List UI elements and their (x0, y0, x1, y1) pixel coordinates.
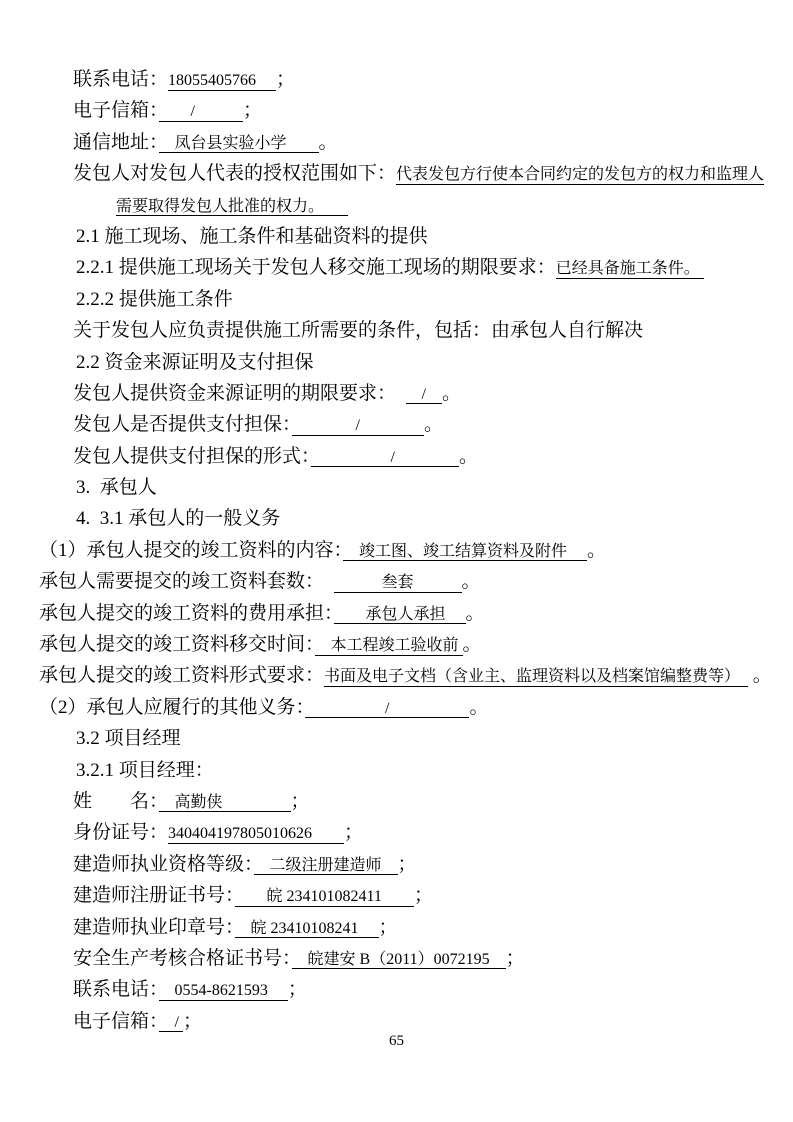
document-line: 发包人提供资金来源证明的期限要求： / 。 (73, 378, 763, 409)
document-line: 2.1 施工现场、施工条件和基础资料的提供 (76, 221, 763, 252)
text-segment: 承包人需要提交的竣工资料套数： (39, 571, 334, 592)
text-segment: 通信地址： (73, 132, 159, 153)
document-line: 联系电话： 0554-8621593 ； (73, 974, 763, 1005)
document-line: （2）承包人应履行的其他义务： / 。 (39, 692, 763, 723)
document-line: 承包人需要提交的竣工资料套数： 叁套 。 (39, 566, 763, 597)
document-line: 发包人对发包人代表的授权范围如下：代表发包方行使本合同约定的发包方的权力和监理人 (73, 158, 763, 189)
fill-in-value: / (292, 417, 424, 436)
document-line: 3. 承包人 (76, 472, 763, 503)
fill-in-value: / (406, 386, 442, 405)
text-segment: 4. 3.1 承包人的一般义务 (76, 508, 280, 529)
text-segment: ； (344, 822, 363, 843)
document-line: 电子信箱： / ； (73, 95, 763, 126)
fill-in-value: 皖 234101082411 (235, 888, 414, 907)
document-line: 发包人是否提供支付担保： / 。 (73, 409, 763, 440)
text-segment: 承包人提交的竣工资料形式要求： (39, 665, 324, 686)
fill-in-value: 0554-8621593 (159, 982, 288, 1001)
document-line: 发包人提供支付担保的形式： / 。 (73, 441, 763, 472)
text-segment: 建造师执业印章号： (73, 917, 235, 938)
text-segment: 电子信箱： (73, 100, 159, 121)
fill-in-value: 书面及电子文档（含业主、监理资料以及档案馆编整费等） (324, 668, 748, 687)
text-segment: 发包人提供支付担保的形式： (73, 446, 311, 467)
text-segment: 发包人对发包人代表的授权范围如下： (73, 163, 396, 184)
text-segment: 2.2.1 提供施工现场关于发包人移交施工现场的期限要求： (76, 257, 556, 278)
fill-in-value: 高勤侠 (159, 794, 291, 813)
text-segment: 安全生产考核合格证书号： (73, 948, 292, 969)
text-segment: ； (276, 69, 295, 90)
document-line: 2.2.2 提供施工条件 (76, 284, 763, 315)
text-segment: ； (506, 948, 525, 969)
fill-in-value: / (311, 449, 459, 468)
document-body: 联系电话：18055405766 ；电子信箱： / ；通信地址： 凤台县实验小学… (73, 64, 763, 1037)
text-segment: 承包人提交的竣工资料移交时间： (39, 634, 315, 655)
document-line: 建造师注册证书号： 皖 234101082411 ； (73, 880, 763, 911)
document-line: 3.2.1 项目经理： (76, 755, 763, 786)
text-segment: 发包人提供资金来源证明的期限要求： (73, 383, 406, 404)
fill-in-value: / (159, 1014, 183, 1033)
document-line: 通信地址： 凤台县实验小学 。 (73, 127, 763, 158)
text-segment: 建造师执业资格等级： (73, 854, 254, 875)
fill-in-value: 皖建安 B（2011）0072195 (292, 951, 506, 970)
document-line: 身份证号：340404197805010626 ； (73, 817, 763, 848)
fill-in-value: / (159, 103, 243, 122)
text-segment: 电子信箱： (73, 1011, 159, 1032)
text-segment: 。 (319, 132, 338, 153)
text-segment: 。 (462, 571, 481, 592)
text-segment: 。 (748, 665, 772, 686)
text-segment: 3.2 项目经理 (76, 728, 181, 749)
text-segment: ； (291, 791, 310, 812)
document-line: 建造师执业资格等级： 二级注册建造师 ； (73, 849, 763, 880)
text-segment: 发包人是否提供支付担保： (73, 414, 292, 435)
text-segment: ； (243, 100, 262, 121)
text-segment: ； (288, 979, 307, 1000)
text-segment: 3.2.1 项目经理： (76, 760, 214, 781)
text-segment: 姓 名： (73, 791, 159, 812)
text-segment: ； (414, 885, 433, 906)
text-segment: 。 (469, 697, 488, 718)
text-segment: 2.2.2 提供施工条件 (76, 289, 233, 310)
text-segment: 2.1 施工现场、施工条件和基础资料的提供 (76, 226, 428, 247)
fill-in-value: 皖 23410108241 (235, 920, 379, 939)
fill-in-value: / (305, 700, 469, 719)
text-segment: 身份证号： (73, 822, 168, 843)
text-segment: 。 (463, 634, 482, 655)
text-segment: 联系电话： (73, 979, 159, 1000)
text-segment: 3. 承包人 (76, 477, 157, 498)
document-page: 联系电话：18055405766 ；电子信箱： / ；通信地址： 凤台县实验小学… (0, 0, 793, 1122)
text-segment: 。 (424, 414, 443, 435)
fill-in-value: 本工程竣工验收前 (315, 637, 463, 656)
text-segment: 。 (442, 383, 461, 404)
page-number: 65 (0, 1031, 793, 1051)
fill-in-value: 二级注册建造师 (254, 857, 398, 876)
document-line: 2.2 资金来源证明及支付担保 (76, 347, 763, 378)
text-segment: ； (398, 854, 417, 875)
document-line: 安全生产考核合格证书号： 皖建安 B（2011）0072195 ； (73, 943, 763, 974)
document-line: 建造师执业印章号： 皖 23410108241 ； (73, 912, 763, 943)
document-line: 2.2.1 提供施工现场关于发包人移交施工现场的期限要求：已经具备施工条件。 (76, 252, 763, 283)
text-segment: 承包人提交的竣工资料的费用承担： (39, 603, 334, 624)
text-segment: 建造师注册证书号： (73, 885, 235, 906)
text-segment: 。 (587, 540, 606, 561)
text-segment: ； (183, 1011, 202, 1032)
document-line: 3.2 项目经理 (76, 723, 763, 754)
text-segment: 2.2 资金来源证明及支付担保 (76, 352, 314, 373)
fill-in-value: 已经具备施工条件。 (556, 260, 704, 279)
fill-in-value: 340404197805010626 (168, 825, 344, 844)
text-segment: 关于发包人应负责提供施工所需要的条件，包括：由承包人自行解决 (73, 320, 643, 341)
document-line: 关于发包人应负责提供施工所需要的条件，包括：由承包人自行解决 (73, 315, 763, 346)
document-line: 需要取得发包人批准的权力。 (116, 190, 763, 221)
text-segment: （2）承包人应履行的其他义务： (39, 697, 305, 718)
fill-in-value: 18055405766 (168, 72, 276, 91)
text-segment: 联系电话： (73, 69, 168, 90)
document-line: 姓 名： 高勤侠 ； (73, 786, 763, 817)
fill-in-value: 承包人承担 (334, 606, 466, 625)
text-segment: 。 (459, 446, 478, 467)
text-segment: （1）承包人提交的竣工资料的内容： (39, 540, 343, 561)
document-line: 承包人提交的竣工资料的费用承担： 承包人承担 。 (39, 598, 763, 629)
document-line: 承包人提交的竣工资料移交时间： 本工程竣工验收前 。 (39, 629, 763, 660)
document-line: 4. 3.1 承包人的一般义务 (76, 503, 763, 534)
text-segment: ； (379, 917, 398, 938)
fill-in-value: 叁套 (334, 574, 462, 593)
text-segment: 。 (466, 603, 485, 624)
document-line: （1）承包人提交的竣工资料的内容： 竣工图、竣工结算资料及附件 。 (39, 535, 763, 566)
fill-in-value: 竣工图、竣工结算资料及附件 (343, 543, 587, 562)
document-line: 联系电话：18055405766 ； (73, 64, 763, 95)
document-line: 承包人提交的竣工资料形式要求：书面及电子文档（含业主、监理资料以及档案馆编整费等… (39, 660, 763, 691)
fill-in-value: 凤台县实验小学 (159, 135, 319, 154)
fill-in-value: 需要取得发包人批准的权力。 (116, 198, 348, 217)
fill-in-value: 代表发包方行使本合同约定的发包方的权力和监理人 (396, 166, 764, 185)
